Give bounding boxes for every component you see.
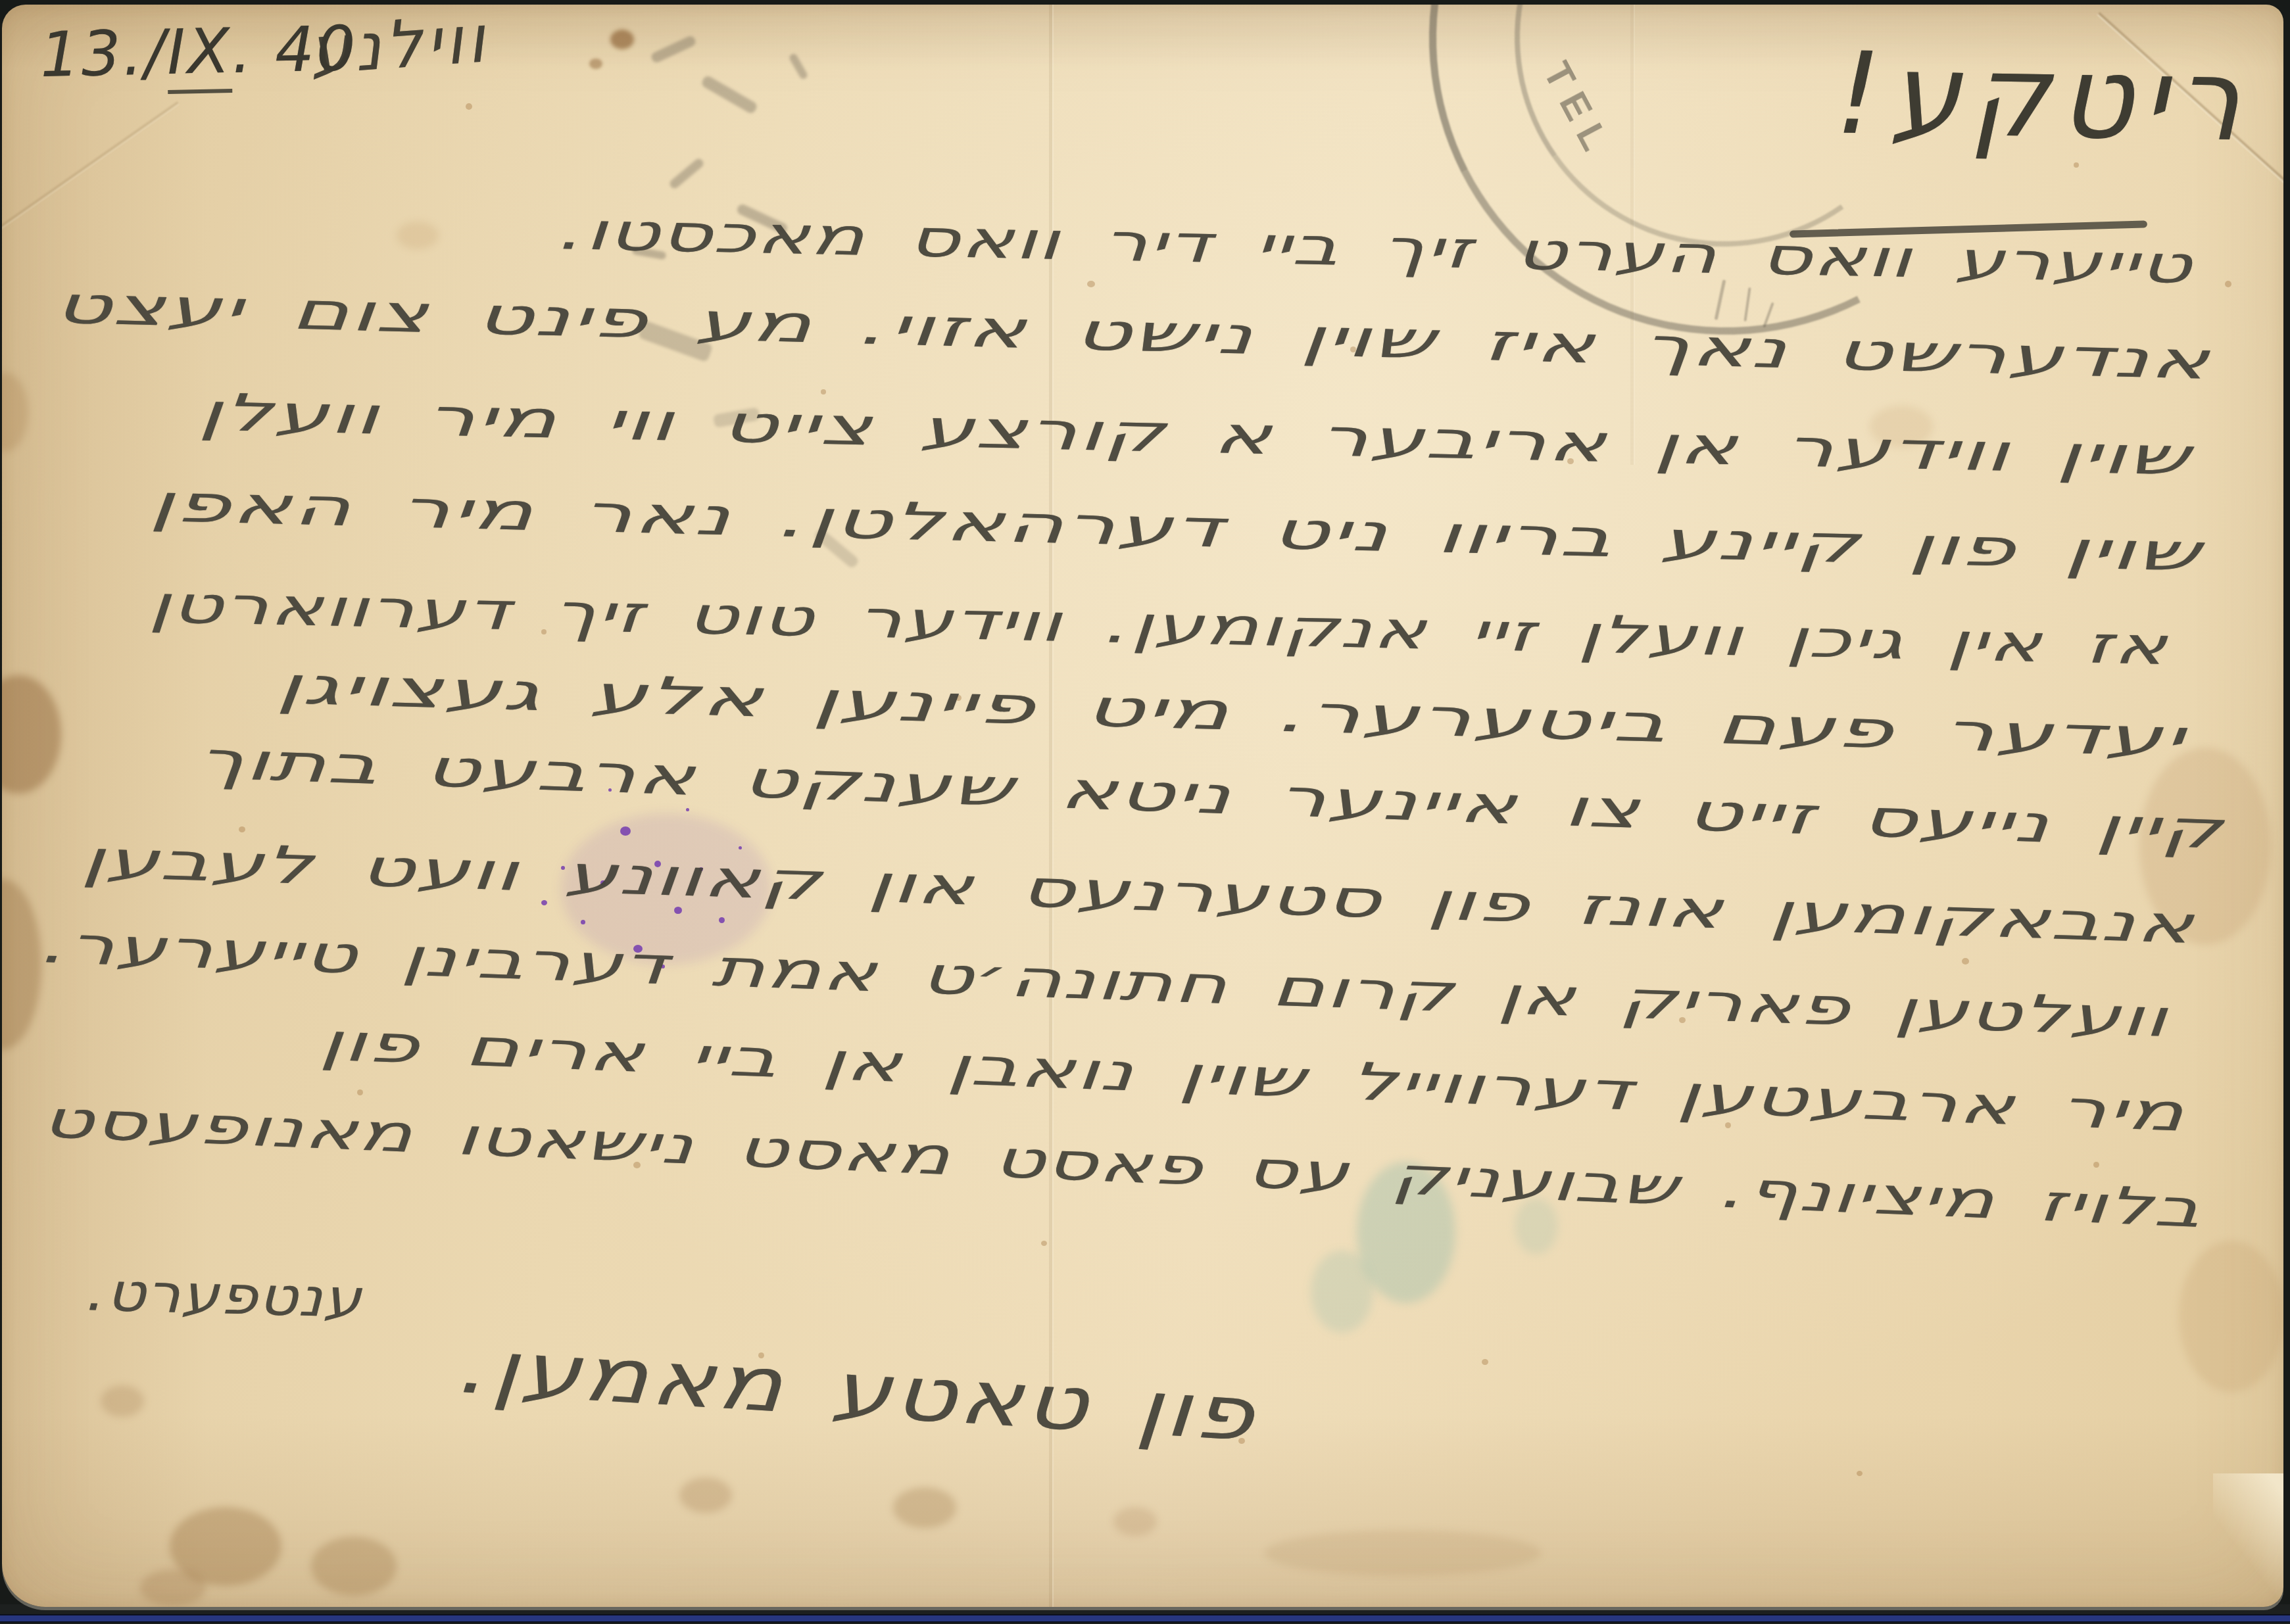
salutation: ריטקע!: [1834, 28, 2251, 167]
handwritten-line: אנדערשט נאך איז שוין נישט אזוי. מע פינט …: [53, 275, 2210, 391]
stain: [1113, 1507, 1157, 1536]
stain: [140, 1569, 206, 1606]
paper-speck: [2093, 1162, 2099, 1168]
stain: [2, 373, 28, 452]
scanner-blue-line: [0, 1615, 2290, 1621]
ink-smudge-gray: [788, 53, 808, 80]
paper-speck: [1857, 1471, 1863, 1476]
handwritten-line: ענטפערט.: [85, 1261, 362, 1329]
paper-speck: [1041, 1241, 1047, 1246]
ink-smudge-teal: [1311, 1251, 1373, 1333]
paper-speck: [239, 826, 245, 832]
stain: [679, 1477, 732, 1513]
splatter-dot: [620, 826, 631, 836]
paper-speck: [1962, 958, 1969, 965]
splatter-dot: [739, 846, 742, 849]
date-month-roman: IX: [166, 16, 233, 94]
splatter-dot: [581, 920, 585, 924]
stain: [397, 222, 439, 249]
stain: [2179, 1241, 2283, 1392]
stain: [610, 30, 634, 49]
crease-top-left: [2, 101, 179, 239]
stain: [893, 1487, 956, 1528]
stain: [101, 1385, 144, 1417]
handwritten-line: שוין פון קיינע בריוו ניט דערהאלטן. נאר מ…: [149, 474, 2201, 583]
stain: [1265, 1530, 1541, 1576]
splatter-dot: [719, 917, 725, 923]
stain: [311, 1537, 397, 1596]
paper-speck: [357, 1089, 363, 1095]
paper-speck: [821, 389, 826, 394]
stain: [2, 879, 41, 1050]
stain: [2, 675, 61, 794]
paper-speck: [1482, 1359, 1488, 1365]
splatter-dot: [686, 808, 689, 811]
stain: [589, 59, 602, 69]
postcard: TEL: [2, 5, 2283, 1607]
ink-smudge-gray: [700, 74, 759, 115]
scanned-postcard-image: TEL: [0, 0, 2290, 1624]
handwritten-line: שוין ווידער אן אריבער א קורצע צייט ווי מ…: [198, 383, 2191, 487]
signature-line: פון טאטע מאמען.: [457, 1322, 1259, 1458]
paper-speck: [2225, 281, 2231, 287]
date-day: 13./: [39, 17, 168, 91]
ink-smudge-gray: [650, 35, 697, 64]
place-name: ווילנע: [307, 5, 491, 89]
paper-speck: [1087, 281, 1095, 287]
corner-curl-bottom-right: [2213, 1473, 2283, 1607]
paper-speck: [466, 103, 472, 110]
ink-smudge-gray: [668, 157, 705, 191]
